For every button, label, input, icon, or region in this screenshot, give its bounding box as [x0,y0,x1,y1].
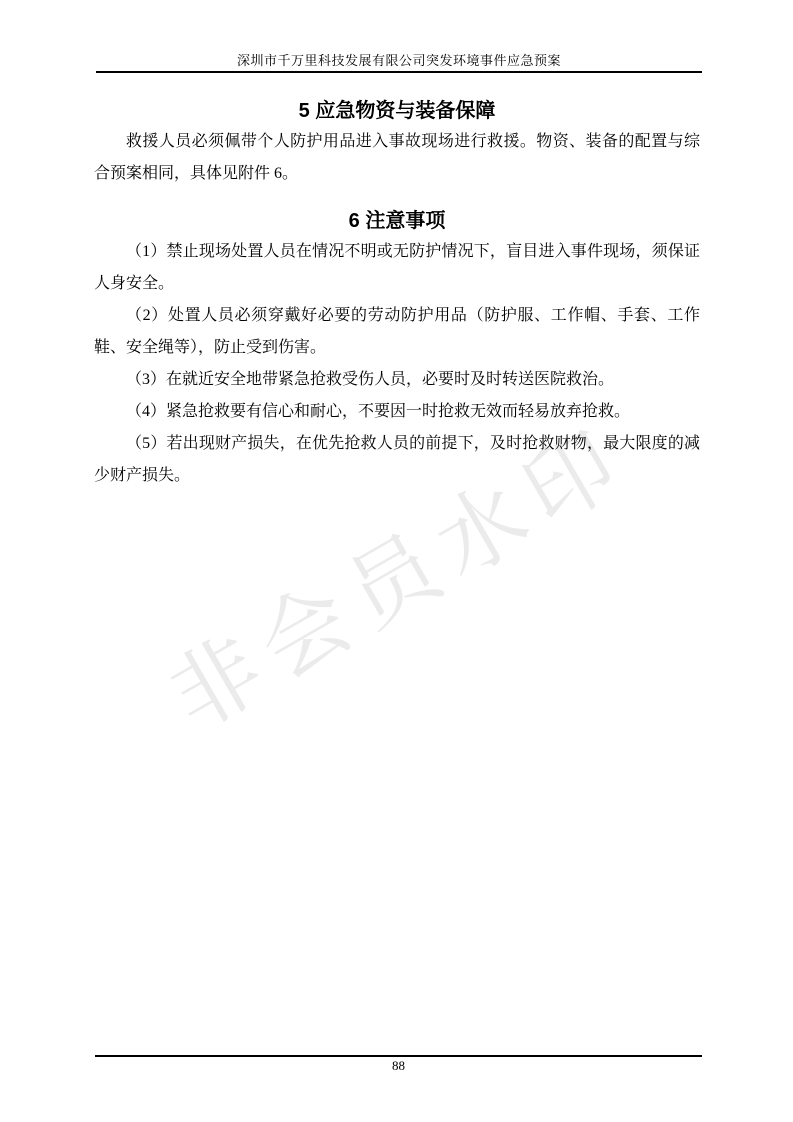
page-footer: 88 [95,1055,702,1074]
document-body: 5 应急物资与装备保障 救援人员必须佩带个人防护用品进入事故现场进行救援。物资、… [94,72,700,492]
note-item-2: （2）处置人员必须穿戴好必要的劳动防护用品（防护服、工作帽、手套、工作鞋、安全绳… [94,300,700,364]
note-item-3: （3）在就近安全地带紧急抢救受伤人员，必要时及时转送医院救治。 [94,364,700,396]
section-5-paragraph: 救援人员必须佩带个人防护用品进入事故现场进行救援。物资、装备的配置与综合预案相同… [94,126,700,190]
page-header: 深圳市千万里科技发展有限公司突发环境事件应急预案 [96,54,702,73]
section-6-heading: 6 注意事项 [94,208,700,234]
header-title: 深圳市千万里科技发展有限公司突发环境事件应急预案 [96,54,702,68]
section-5-heading: 5 应急物资与装备保障 [94,98,700,124]
note-item-4: （4）紧急抢救要有信心和耐心，不要因一时抢救无效而轻易放弃抢救。 [94,396,700,428]
document-page: 非会员水印 深圳市千万里科技发展有限公司突发环境事件应急预案 5 应急物资与装备… [0,0,793,1122]
page-number: 88 [95,1057,702,1074]
note-item-1: （1）禁止现场处置人员在情况不明或无防护情况下，盲目进入事件现场，须保证人身安全… [94,236,700,300]
note-item-5: （5）若出现财产损失，在优先抢救人员的前提下，及时抢救财物，最大限度的减少财产损… [94,428,700,492]
